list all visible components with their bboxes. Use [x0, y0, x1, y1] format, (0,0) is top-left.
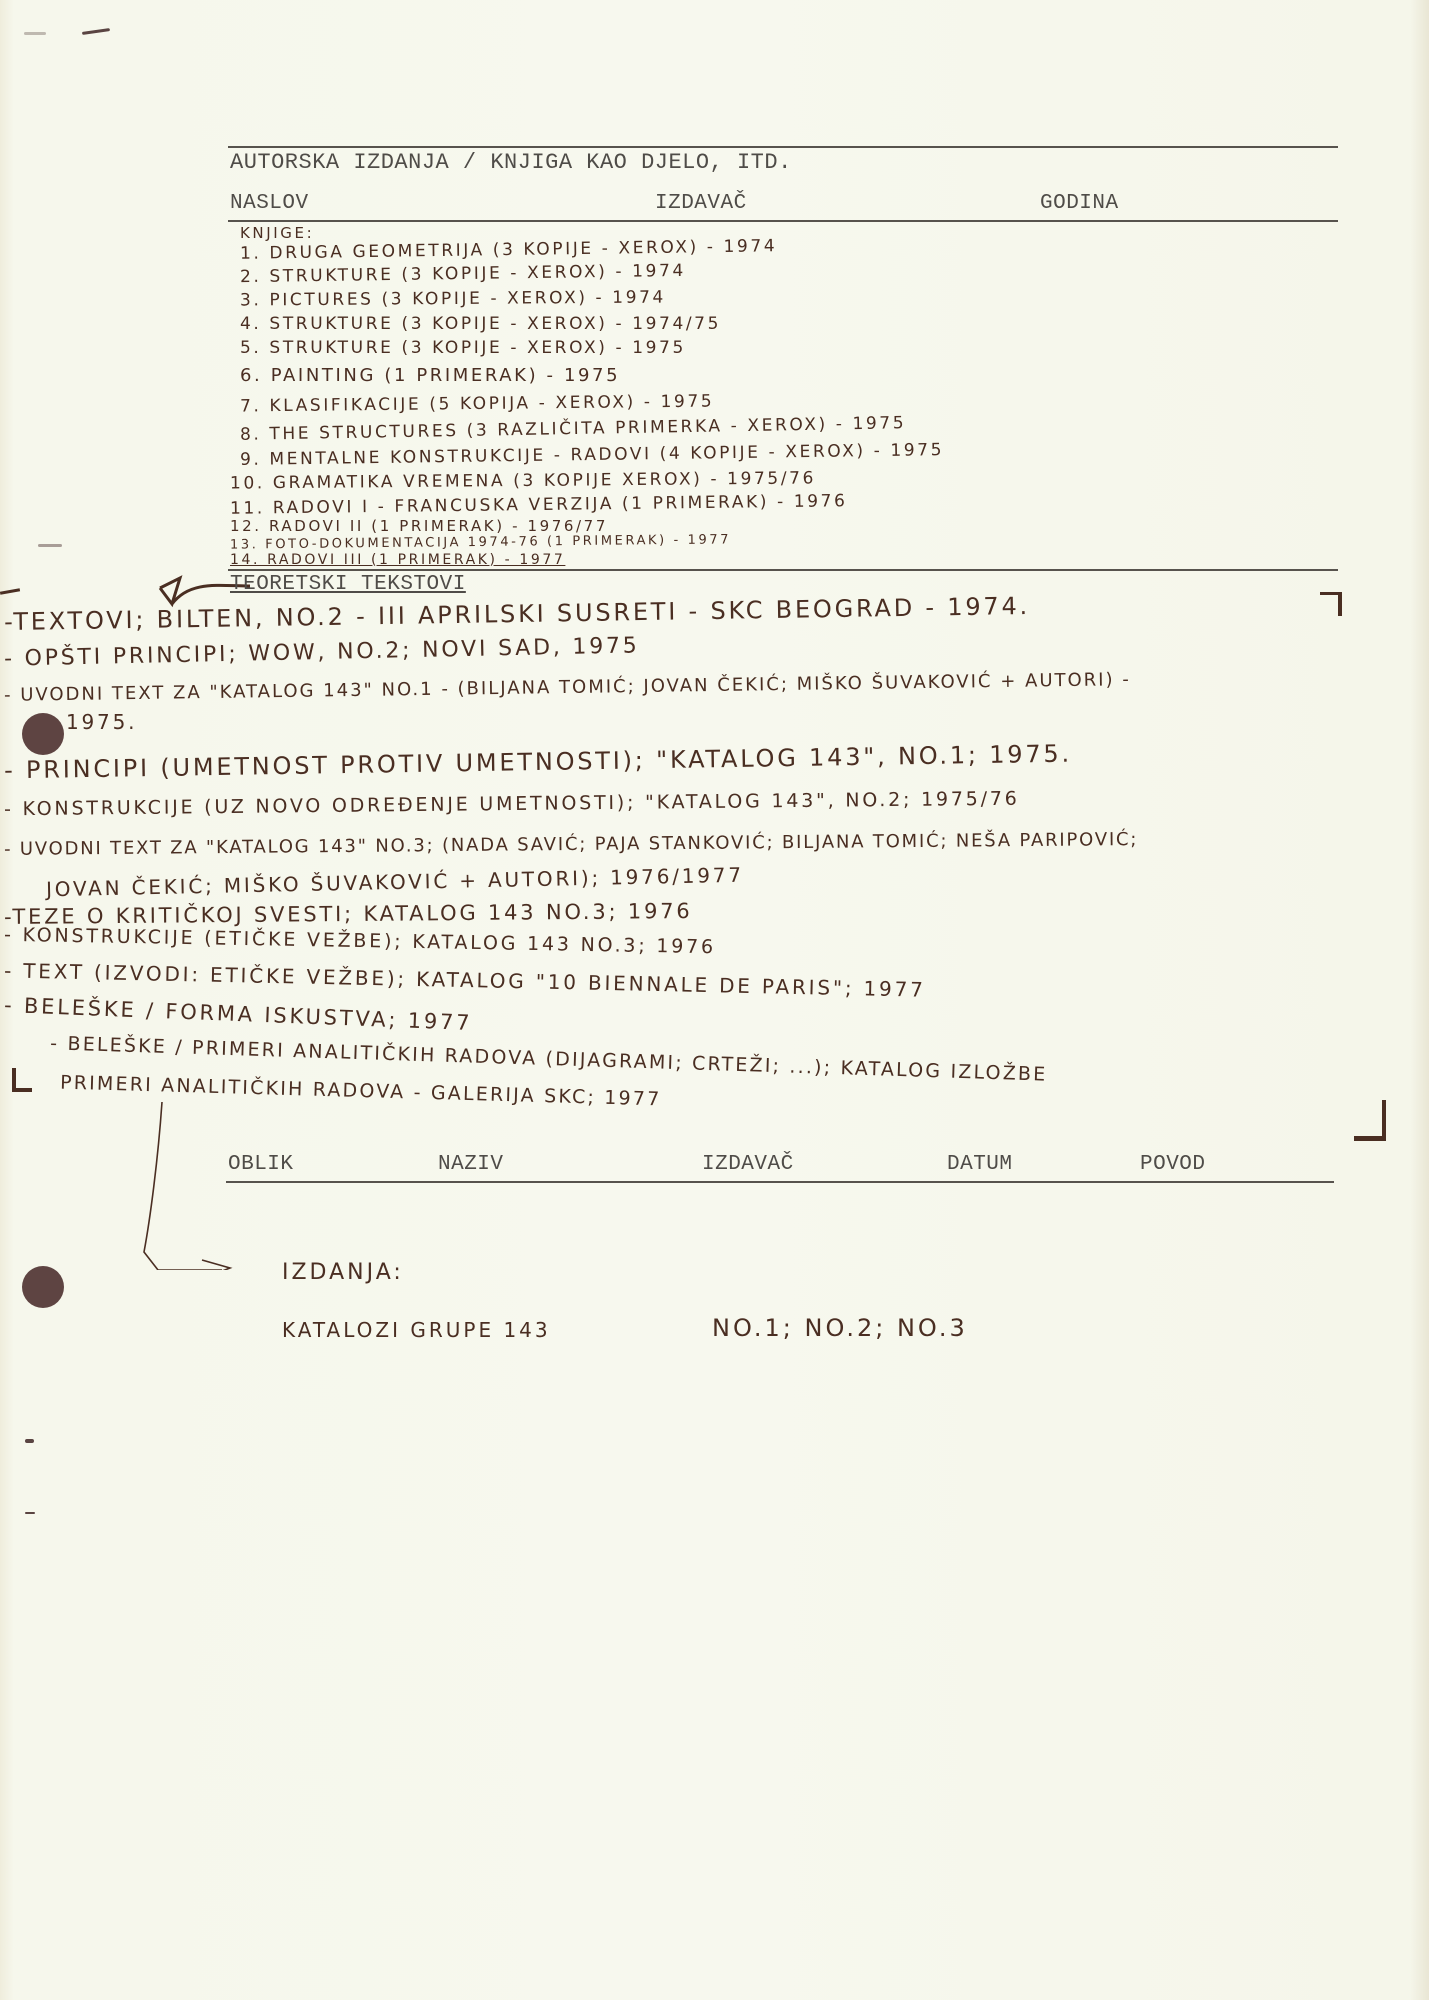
editions-label: IZDANJA: — [282, 1260, 404, 1285]
column-header-izdavac-2: IZDAVAČ — [702, 1153, 794, 1176]
list-item: 9. MENTALNE KONSTRUKCIJE - RADOVI (4 KOP… — [240, 440, 944, 470]
bracket-corner-right — [1382, 1100, 1386, 1140]
column-header-izdavac: IZDAVAČ — [655, 192, 747, 215]
page-title: AUTORSKA IZDANJA / KNJIGA KAO DJELO, ITD… — [230, 150, 792, 175]
list-item: 10. GRAMATIKA VREMENA (3 KOPIJE XEROX) -… — [230, 468, 816, 493]
bracket-corner-right-foot — [1354, 1136, 1386, 1141]
list-item: 12. RADOVI II (1 PRIMERAK) - 1976/77 — [230, 517, 608, 535]
bracket-corner-left-foot — [12, 1088, 32, 1092]
list-item: 1. DRUGA GEOMETRIJA (3 KOPIJE - XEROX) -… — [240, 236, 777, 263]
column-header-naslov: NASLOV — [230, 192, 309, 215]
top-rule — [228, 146, 1338, 148]
list-item: 11. RADOVI I - FRANCUSKA VERZIJA (1 PRIM… — [230, 491, 848, 519]
punch-hole-bottom — [22, 1266, 64, 1308]
list-item: - UVODNI TEXT ZA "KATALOG 143" NO.3; (NA… — [4, 829, 1138, 860]
editions-catalog: KATALOZI GRUPE 143 — [282, 1318, 551, 1342]
scan-speck — [24, 32, 46, 35]
second-table-rule — [226, 1181, 1334, 1183]
list-item: - KONSTRUKCIJE (UZ NOVO ODREĐENJE UMETNO… — [4, 788, 1020, 821]
list-item: -TEZE O KRITIČKOJ SVESTI; KATALOG 143 NO… — [4, 899, 693, 929]
list-item: - BELEŠKE / FORMA ISKUSTVA; 1977 — [4, 993, 473, 1035]
list-item: - UVODNI TEXT ZA "KATALOG 143" NO.1 - (B… — [4, 669, 1131, 706]
connector-arrow-icon — [130, 1100, 240, 1270]
list-item: 6. PAINTING (1 PRIMERAK) - 1975 — [240, 365, 620, 386]
bracket-mark-right-stem — [1338, 592, 1342, 616]
column-header-povod: POVOD — [1140, 1153, 1206, 1176]
list-item: 4. STRUKTURE (3 KOPIJE - XEROX) - 1974/7… — [240, 314, 721, 334]
list-item: 13. FOTO-DOKUMENTACIJA 1974-76 (1 PRIMER… — [230, 532, 731, 552]
scan-speck — [38, 544, 62, 547]
column-header-datum: DATUM — [947, 1153, 1013, 1176]
punch-hole-top — [22, 713, 64, 755]
list-item: 1975. — [66, 710, 137, 734]
margin-tick — [25, 1512, 35, 1514]
bracket-corner-left — [12, 1068, 16, 1090]
bracket-mark-left — [0, 588, 20, 594]
column-header-naziv: NAZIV — [438, 1153, 504, 1176]
column-header-godina: GODINA — [1040, 192, 1119, 215]
editions-numbers: NO.1; NO.2; NO.3 — [712, 1314, 968, 1342]
margin-tick — [25, 1439, 34, 1443]
header-rule — [228, 220, 1338, 222]
list-item: 14. RADOVI III (1 PRIMERAK) - 1977 — [230, 552, 565, 568]
list-item: 2. STRUKTURE (3 KOPIJE - XEROX) - 1974 — [240, 261, 686, 287]
list-item: - KONSTRUKCIJE (ETIČKE VEŽBE); KATALOG 1… — [4, 924, 716, 958]
list-item: - TEXT (IZVODI: ETIČKE VEŽBE); KATALOG "… — [4, 958, 926, 1001]
scan-speck — [82, 28, 110, 35]
list-item: 3. PICTURES (3 KOPIJE - XEROX) - 1974 — [240, 288, 666, 311]
list-item: JOVAN ČEKIĆ; MIŠKO ŠUVAKOVIĆ + AUTORI); … — [46, 863, 744, 902]
list-item: - OPŠTI PRINCIPI; WOW, NO.2; NOVI SAD, 1… — [4, 633, 640, 671]
books-bottom-rule — [228, 569, 1338, 571]
books-label: KNJIGE: — [240, 224, 314, 242]
list-item: 8. THE STRUCTURES (3 RAZLIČITA PRIMERKA … — [240, 413, 906, 445]
list-item: - PRINCIPI (UMETNOST PROTIV UMETNOSTI); … — [4, 740, 1072, 785]
list-item: 7. KLASIFIKACIJE (5 KOPIJA - XEROX) - 19… — [240, 392, 714, 417]
list-item: 5. STRUKTURE (3 KOPIJE - XEROX) - 1975 — [240, 338, 686, 358]
section-heading-theory: TEORETSKI TEKSTOVI — [230, 573, 466, 596]
